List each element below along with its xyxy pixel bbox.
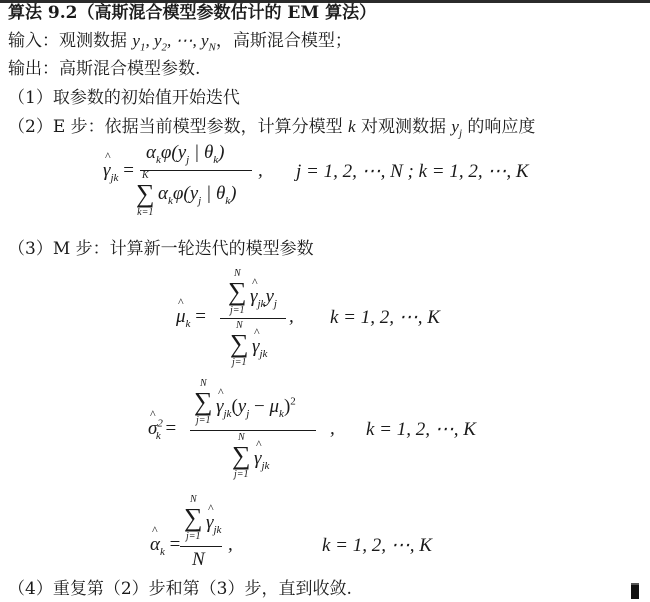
gamma-lhs: γjk = (103, 160, 134, 182)
sigma-numerator: γjk(yj − μk)2 (216, 396, 296, 418)
input-suffix: ，高斯混合模型； (216, 31, 352, 51)
sigma-denominator: γjk (254, 448, 269, 470)
mu-lhs: μk = (176, 306, 206, 328)
sigma-den-sum: N ∑ j=1 (232, 432, 251, 480)
mu-num-sum: N ∑ j=1 (228, 268, 247, 316)
alpha-numerator: γjk (206, 512, 221, 534)
step-2-yj: yj (451, 117, 462, 136)
mu-denominator: γjk (252, 336, 267, 358)
alpha-condition: k = 1, 2, ⋯, K (322, 534, 432, 557)
input-variables: y1, y2, ⋯, yN (132, 31, 215, 50)
alpha-num-sum: N ∑ j=1 (184, 494, 203, 542)
formula-alpha: αk = N ∑ j=1 γjk N , k = 1, 2, ⋯, K (0, 494, 650, 574)
sigma-fraction-line (190, 430, 316, 431)
step-1: （1）取参数的初始值开始迭代 (8, 87, 240, 109)
end-of-proof-marker (631, 583, 639, 599)
step-3: （3）M 步：计算新一轮迭代的模型参数 (8, 238, 314, 260)
input-prefix: 输入：观测数据 (8, 31, 132, 51)
step-2-suffix: 的响应度 (462, 117, 535, 137)
formula-gamma: γjk = αkφ(yj | θk) K ∑ k=1 αkφ(yj | θk) … (0, 140, 650, 230)
mu-den-sum: N ∑ j=1 (230, 320, 249, 368)
step-2-k: k (348, 117, 356, 136)
mu-comma: , (289, 306, 294, 328)
gamma-comma: , (258, 160, 263, 182)
formula-mu: μk = N ∑ j=1 γjkyj N ∑ j=1 γjk , k = 1, … (0, 268, 650, 378)
step-2-prefix: （2）E 步：依据当前模型参数，计算分模型 (8, 117, 348, 137)
sigma-num-sum: N ∑ j=1 (194, 378, 213, 426)
sigma-comma: , (330, 418, 335, 440)
mu-condition: k = 1, 2, ⋯, K (330, 306, 440, 329)
gamma-condition: j = 1, 2, ⋯, N ; k = 1, 2, ⋯, K (296, 160, 529, 183)
gamma-numerator: αkφ(yj | θk) (146, 142, 225, 164)
sigma-lhs: σ2k = (148, 418, 176, 440)
formula-sigma: σ2k = N ∑ j=1 γjk(yj − μk)2 N ∑ j=1 γjk … (0, 378, 650, 488)
output-line: 输出：高斯混合模型参数. (8, 58, 200, 80)
mu-numerator: γjkyj (250, 286, 277, 308)
alpha-lhs: αk = (150, 534, 180, 556)
gamma-sum: K ∑ k=1 (136, 170, 155, 218)
step-2-mid: 对观测数据 (356, 117, 452, 137)
alpha-fraction-line (180, 546, 222, 547)
input-line: 输入：观测数据 y1, y2, ⋯, yN，高斯混合模型； (8, 30, 352, 52)
sigma-condition: k = 1, 2, ⋯, K (366, 418, 476, 441)
step-4: （4）重复第（2）步和第（3）步，直到收敛. (8, 578, 352, 600)
algorithm-title: 算法 9.2（高斯混合模型参数估计的 EM 算法） (8, 2, 376, 24)
step-2: （2）E 步：依据当前模型参数，计算分模型 k 对观测数据 yj 的响应度 (8, 116, 535, 138)
alpha-comma: , (228, 534, 233, 556)
mu-fraction-line (220, 318, 286, 319)
gamma-fraction-line (140, 170, 252, 171)
alpha-denominator: N (192, 549, 205, 571)
gamma-denominator: αkφ(yj | θk) (158, 183, 237, 205)
